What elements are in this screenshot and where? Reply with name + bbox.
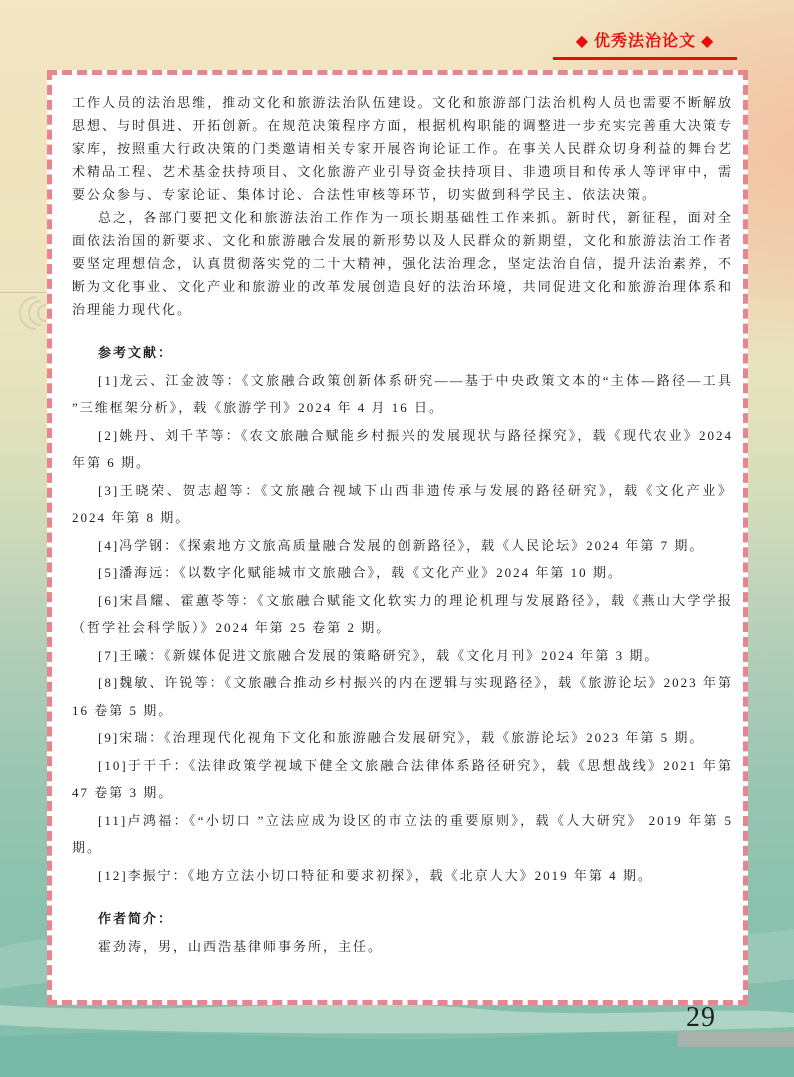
reference-item: [1]龙云、江金波等：《文旅融合政策创新体系研究——基于中央政策文本的“主体—路… [72,367,733,422]
reference-item: [9]宋瑞：《治理现代化视角下文化和旅游融合发展研究》，载《旅游论坛》2023 … [72,724,733,752]
author-line: 霍劲涛，男，山西浩基律师事务所，主任。 [72,933,733,961]
reference-item: [12]李振宁：《地方立法小切口特征和要求初探》，载《北京人大》2019 年第 … [72,862,733,890]
reference-item: [4]冯学钢：《探索地方文旅高质量融合发展的创新路径》，载《人民论坛》2024 … [72,532,733,560]
reference-item: [2]姚丹、刘千芊等：《农文旅融合赋能乡村振兴的发展现状与路径探究》，载《现代农… [72,422,733,477]
page-header-label: ◆ 优秀法治论文 ◆ [553,28,737,60]
section-gap [72,321,733,339]
references-list: [1]龙云、江金波等：《文旅融合政策创新体系研究——基于中央政策文本的“主体—路… [72,367,733,890]
reference-item: [5]潘海远：《以数字化赋能城市文旅融合》，载《文化产业》2024 年第 10 … [72,559,733,587]
reference-item: [3]王晓荣、贺志超等：《文旅融合视域下山西非遗传承与发展的路径研究》，载《文化… [72,477,733,532]
content-box: 工作人员的法治思维，推动文化和旅游法治队伍建设。文化和旅游部门法治机构人员也需要… [47,70,748,1005]
page-number: 29 [686,1002,716,1034]
arc-watermark-icon [12,294,48,332]
body-paragraph: 工作人员的法治思维，推动文化和旅游法治队伍建设。文化和旅游部门法治机构人员也需要… [72,91,733,206]
reference-item: [8]魏敏、许锐等：《文旅融合推动乡村振兴的内在逻辑与实现路径》，载《旅游论坛》… [72,669,733,724]
body-paragraph: 总之，各部门要把文化和旅游法治工作作为一项长期基础性工作来抓。新时代，新征程，面… [72,206,733,321]
paper-page: ◆ 优秀法治论文 ◆ 工作人员的法治思维，推动文化和旅游法治队伍建设。文化和旅游… [0,0,794,1077]
reference-item: [7]王曦：《新媒体促进文旅融合发展的策略研究》，载《文化月刊》2024 年第 … [72,642,733,670]
author-heading: 作者简介： [72,905,733,933]
reference-item: [11]卢鸿福：《“小切口 ”立法应成为设区的市立法的重要原则》，载《人大研究》… [72,807,733,862]
left-margin-rule [0,292,46,293]
reference-item: [6]宋昌耀、霍蕙苓等：《文旅融合赋能文化软实力的理论机理与发展路径》，载《燕山… [72,587,733,642]
page-number-bar [678,1032,794,1047]
section-gap [72,889,733,905]
reference-item: [10]于干千：《法律政策学视域下健全文旅融合法律体系路径研究》，载《思想战线》… [72,752,733,807]
references-heading: 参考文献： [72,339,733,367]
